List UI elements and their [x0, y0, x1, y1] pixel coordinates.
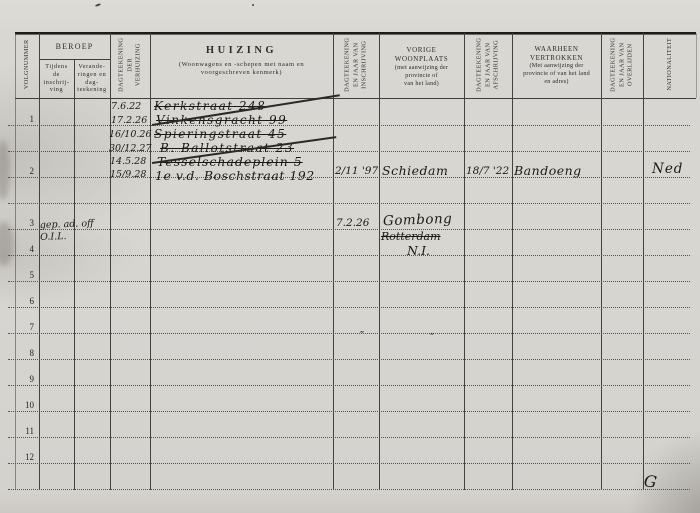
- column-header-waarheen-vertrokken: WAARHEEN VERTROKKEN: [512, 45, 601, 63]
- handwritten-verhuizing-date: 7.6.22: [111, 101, 141, 112]
- handwritten-vorige-woonplaats: Gombong: [383, 211, 453, 229]
- handwritten-verhuizing-date: 17.2.26: [111, 115, 147, 126]
- row-number: 7: [10, 322, 34, 332]
- handwritten-inschrijving-date: 2/11 '97: [335, 165, 378, 177]
- column-header-vorige-woonplaats: VORIGE WOONPLAATS: [379, 46, 464, 64]
- column-subheader-beroep-tijdens: Tijdens de inschrij- ving: [39, 63, 74, 94]
- table-line: [696, 33, 697, 98]
- row-line: [8, 411, 690, 412]
- header-bottom-line: [15, 98, 696, 99]
- column-header-waarheen-vertrokken-note: (Met aanwijzing der provincie of van het…: [512, 62, 601, 85]
- table-line: [15, 33, 16, 490]
- handwritten-address: 1e v.d. Boschstraat 192: [155, 168, 315, 183]
- handwritten-address: Spieringstraat 45: [154, 127, 286, 141]
- column-header-huizing-note: (Woonwagens en -schepen met naam en voor…: [152, 61, 331, 77]
- row-number: 12: [10, 452, 34, 462]
- row-line: [8, 463, 690, 464]
- row-line: [8, 229, 690, 230]
- table-line: [379, 33, 380, 490]
- row-line: [8, 281, 690, 282]
- row-number: 1: [10, 114, 34, 124]
- row-line: [8, 437, 690, 438]
- handwritten-verhuizing-date: 14.5.28: [110, 156, 146, 167]
- handwritten-vorige-woonplaats-struck: Rotterdam: [381, 230, 441, 243]
- column-subheader-beroep-veranderingen: Verande- ringen en dag- teekening: [74, 63, 110, 94]
- row-number: 10: [10, 400, 34, 410]
- handwritten-verhuizing-date: 30/12.27: [109, 143, 152, 154]
- paper-smudge: [0, 140, 10, 200]
- table-line: [601, 33, 602, 490]
- paper-speck: [252, 4, 254, 6]
- row-line: [8, 333, 690, 334]
- row-number: 4: [10, 244, 34, 254]
- table-line: [74, 59, 75, 490]
- row-line: [8, 307, 690, 308]
- column-header-nationaliteit: NATIONALITEIT: [666, 32, 675, 96]
- handwritten-corner-mark: G: [643, 471, 658, 492]
- column-header-dagteekening-inschrijving: DAGTEEKENING EN JAAR VAN INSCHRIJVING: [343, 33, 369, 97]
- row-line: [8, 489, 690, 490]
- handwritten-waarheen: Bandoeng: [514, 163, 582, 178]
- column-header-huizing: HUIZING: [150, 44, 333, 57]
- row-number: 6: [10, 296, 34, 306]
- row-line: [8, 385, 690, 386]
- table-line: [643, 33, 644, 490]
- column-header-vorige-woonplaats-note: (met aanwijzing der provincie of van het…: [379, 64, 464, 87]
- handwritten-address: Tesselschadeplein 5: [157, 154, 303, 169]
- column-header-volgnummer: VOLGNUMMER: [23, 32, 32, 96]
- row-line: [8, 359, 690, 360]
- column-header-beroep: BEROEP: [39, 42, 110, 52]
- row-number: 11: [10, 426, 34, 436]
- beroep-subheader-line: [39, 59, 110, 60]
- table-line: [150, 33, 151, 490]
- handwritten-verhuizing-date: 16/10.26: [109, 129, 152, 140]
- handwritten-ditto-mark: ″: [357, 329, 364, 343]
- column-header-dagteekening-verhuizing: DAGTEEKENING DER VERHUIZING: [117, 33, 143, 97]
- handwritten-address: Kerkstraat 248: [154, 99, 266, 113]
- handwritten-vorige-woonplaats: Schiedam: [382, 163, 448, 178]
- row-line: [8, 255, 690, 256]
- table-line: [39, 33, 40, 490]
- handwritten-afschrijving-date: 18/7 '22: [466, 165, 509, 177]
- row-number: 9: [10, 374, 34, 384]
- row-number: 2: [10, 166, 34, 176]
- scanned-register-page: VOLGNUMMER BEROEP Tijdens de inschrij- v…: [0, 0, 700, 513]
- paper-speck: [95, 3, 101, 7]
- table-line: [512, 33, 513, 490]
- handwritten-inschrijving-date: 7.2.26: [336, 217, 369, 229]
- handwritten-verhuizing-date: 15/9.28: [110, 169, 146, 180]
- handwritten-nationaliteit: Ned: [652, 161, 683, 177]
- column-header-dagteekening-afschrijving: DAGTEEKENING EN JAAR VAN AFSCHRIJVING: [475, 33, 501, 97]
- handwritten-region-abbrev: N.I.: [407, 243, 430, 258]
- table-line: [333, 33, 334, 490]
- column-header-dagteekening-overlijden: DAGTEEKENING EN JAAR VAN OVERLIJDEN: [609, 33, 635, 97]
- table-line: [464, 33, 465, 490]
- row-number: 5: [10, 270, 34, 280]
- row-line: [8, 203, 690, 204]
- handwritten-beroep: gep. ad. off O.I.L.: [40, 218, 95, 244]
- row-number: 3: [10, 218, 34, 228]
- row-number: 8: [10, 348, 34, 358]
